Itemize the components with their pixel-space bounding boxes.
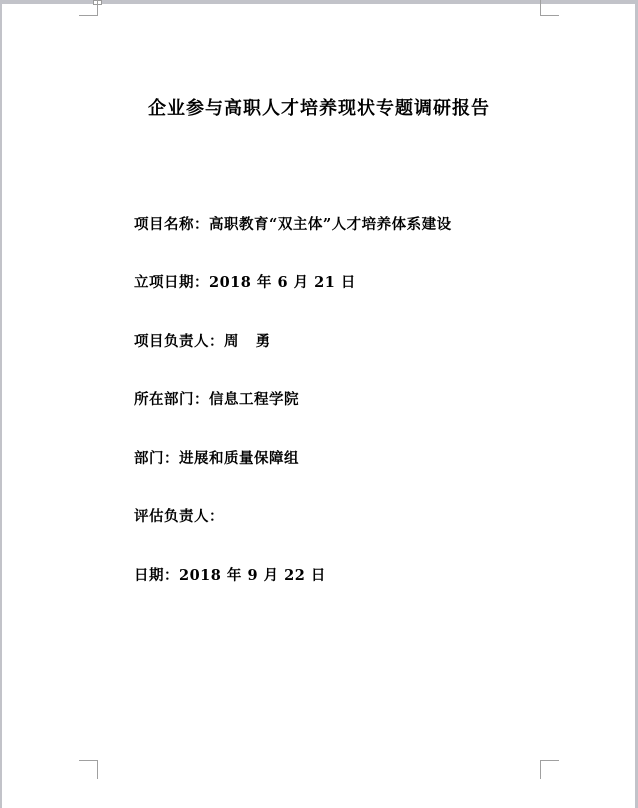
field-value: 信息工程学院 [209,391,299,408]
field-department: 所在部门：信息工程学院 [134,388,299,409]
field-label: 立项日期： [134,274,209,291]
field-project-lead: 项目负责人：周 勇 [134,330,271,351]
field-division: 部门：进展和质量保障组 [134,447,299,468]
field-evaluator: 评估负责人： [134,505,224,526]
field-date: 日期：2018 年 9 月 22 日 [134,564,326,585]
field-value: 进展和质量保障组 [179,450,299,467]
page-left-edge [0,0,2,808]
field-label: 部门： [134,450,179,467]
field-label: 项目负责人： [134,333,224,350]
field-value: 2018 年 9 月 22 日 [179,567,326,584]
field-label: 项目名称： [134,216,209,233]
field-value: 高职教育“双主体”人才培养体系建设 [209,216,452,233]
margin-corner-top-left [79,0,98,16]
field-label: 评估负责人： [134,508,224,525]
margin-corner-top-right [540,0,559,16]
document-title: 企业参与高职人才培养现状专题调研报告 [0,94,638,120]
field-label: 所在部门： [134,391,209,408]
margin-corner-bottom-left [79,760,98,779]
margin-corner-bottom-right [540,760,559,779]
field-value: 2018 年 6 月 21 日 [209,274,356,291]
field-project-name: 项目名称：高职教育“双主体”人才培养体系建设 [134,213,452,234]
field-start-date: 立项日期：2018 年 6 月 21 日 [134,271,356,292]
field-value: 周 勇 [224,333,271,350]
field-label: 日期： [134,567,179,584]
